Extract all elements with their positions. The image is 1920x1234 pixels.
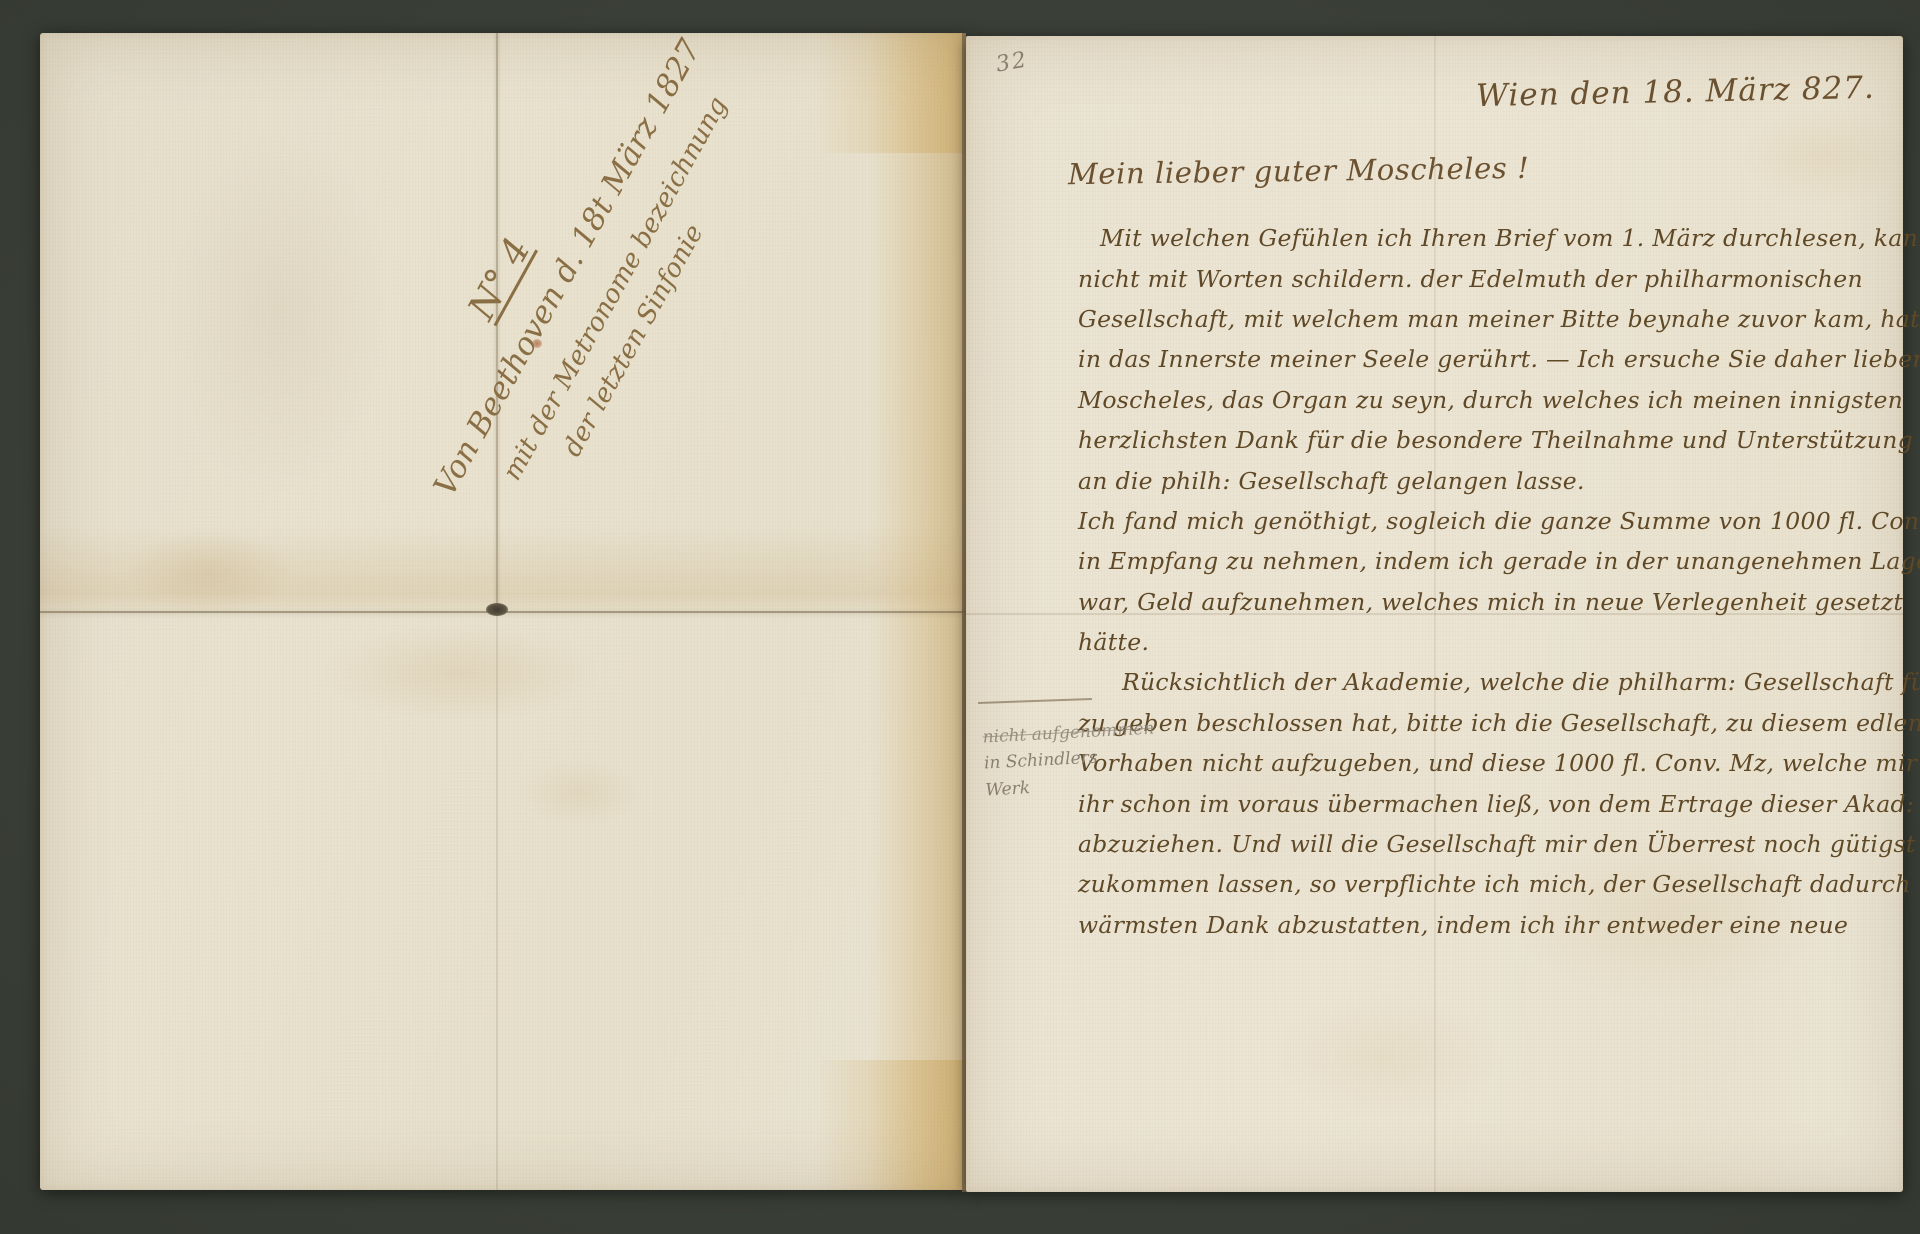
letter-paragraph: Rücksichtlich der Akademie, welche die p…	[1078, 662, 1883, 945]
left-page: N° 4 Von Beethoven d. 18t März 1827 mit …	[40, 33, 966, 1190]
letter-body: Mit welchen Gefühlen ich Ihren Brief vom…	[1078, 218, 1883, 945]
letter-paragraph: Mit welchen Gefühlen ich Ihren Brief vom…	[1078, 218, 1883, 501]
letter-line: an die philh: Gesellschaft gelangen lass…	[1078, 460, 1883, 500]
letter-line: Mit welchen Gefühlen ich Ihren Brief vom…	[1078, 218, 1883, 258]
folio-number: 32	[994, 47, 1030, 77]
letter-line: hätte.	[1078, 622, 1883, 662]
letter-photograph: N° 4 Von Beethoven d. 18t März 1827 mit …	[0, 0, 1920, 1234]
fold-discoloration-bottom	[816, 1060, 966, 1190]
docket-annotation: N° 4 Von Beethoven d. 18t März 1827 mit …	[370, 2, 791, 548]
letter-line: in Empfang zu nehmen, indem ich gerade i…	[1078, 541, 1883, 581]
margin-pencil-note: nicht aufgenommen in Schindlers Werk	[982, 716, 1158, 804]
letter-line: zu geben beschlossen hat, bitte ich die …	[1078, 703, 1883, 743]
letter-line: zukommen lassen, so verpflichte ich mich…	[1078, 864, 1883, 904]
right-page: 32 Wien den 18. März 827. Mein lieber gu…	[966, 36, 1903, 1192]
seal-wax-spot	[486, 603, 508, 616]
letter-line: war, Geld aufzunehmen, welches mich in n…	[1078, 582, 1883, 622]
fold-stain-band	[40, 525, 966, 611]
letter-line: Ich fand mich genöthigt, sogleich die ga…	[1078, 501, 1883, 541]
letter-line: abzuziehen. Und will die Gesellschaft mi…	[1078, 824, 1883, 864]
salutation: Mein lieber guter Moscheles !	[1068, 151, 1530, 191]
letter-line: ihr schon im voraus übermachen ließ, von…	[1078, 783, 1883, 823]
letter-line: Rücksichtlich der Akademie, welche die p…	[1078, 662, 1883, 702]
fold-discoloration-top	[816, 33, 966, 153]
letter-line: herzlichsten Dank für die besondere Thei…	[1078, 420, 1883, 460]
date-line: Wien den 18. März 827.	[1476, 70, 1875, 114]
letter-line: in das Innerste meiner Seele gerührt. — …	[1078, 339, 1883, 379]
letter-line: nicht mit Worten schildern. der Edelmuth…	[1078, 258, 1883, 298]
letter-line: wärmsten Dank abzustatten, indem ich ihr…	[1078, 905, 1883, 945]
vertical-crease-faint	[496, 613, 498, 1190]
letter-line: Vorhaben nicht aufzugeben, und diese 100…	[1078, 743, 1883, 783]
margin-insertion-dash	[978, 698, 1092, 704]
letter-paragraph: Ich fand mich genöthigt, sogleich die ga…	[1078, 501, 1883, 663]
letter-line: Gesellschaft, mit welchem man meiner Bit…	[1078, 299, 1883, 339]
letter-line: Moscheles, das Organ zu seyn, durch welc…	[1078, 380, 1883, 420]
